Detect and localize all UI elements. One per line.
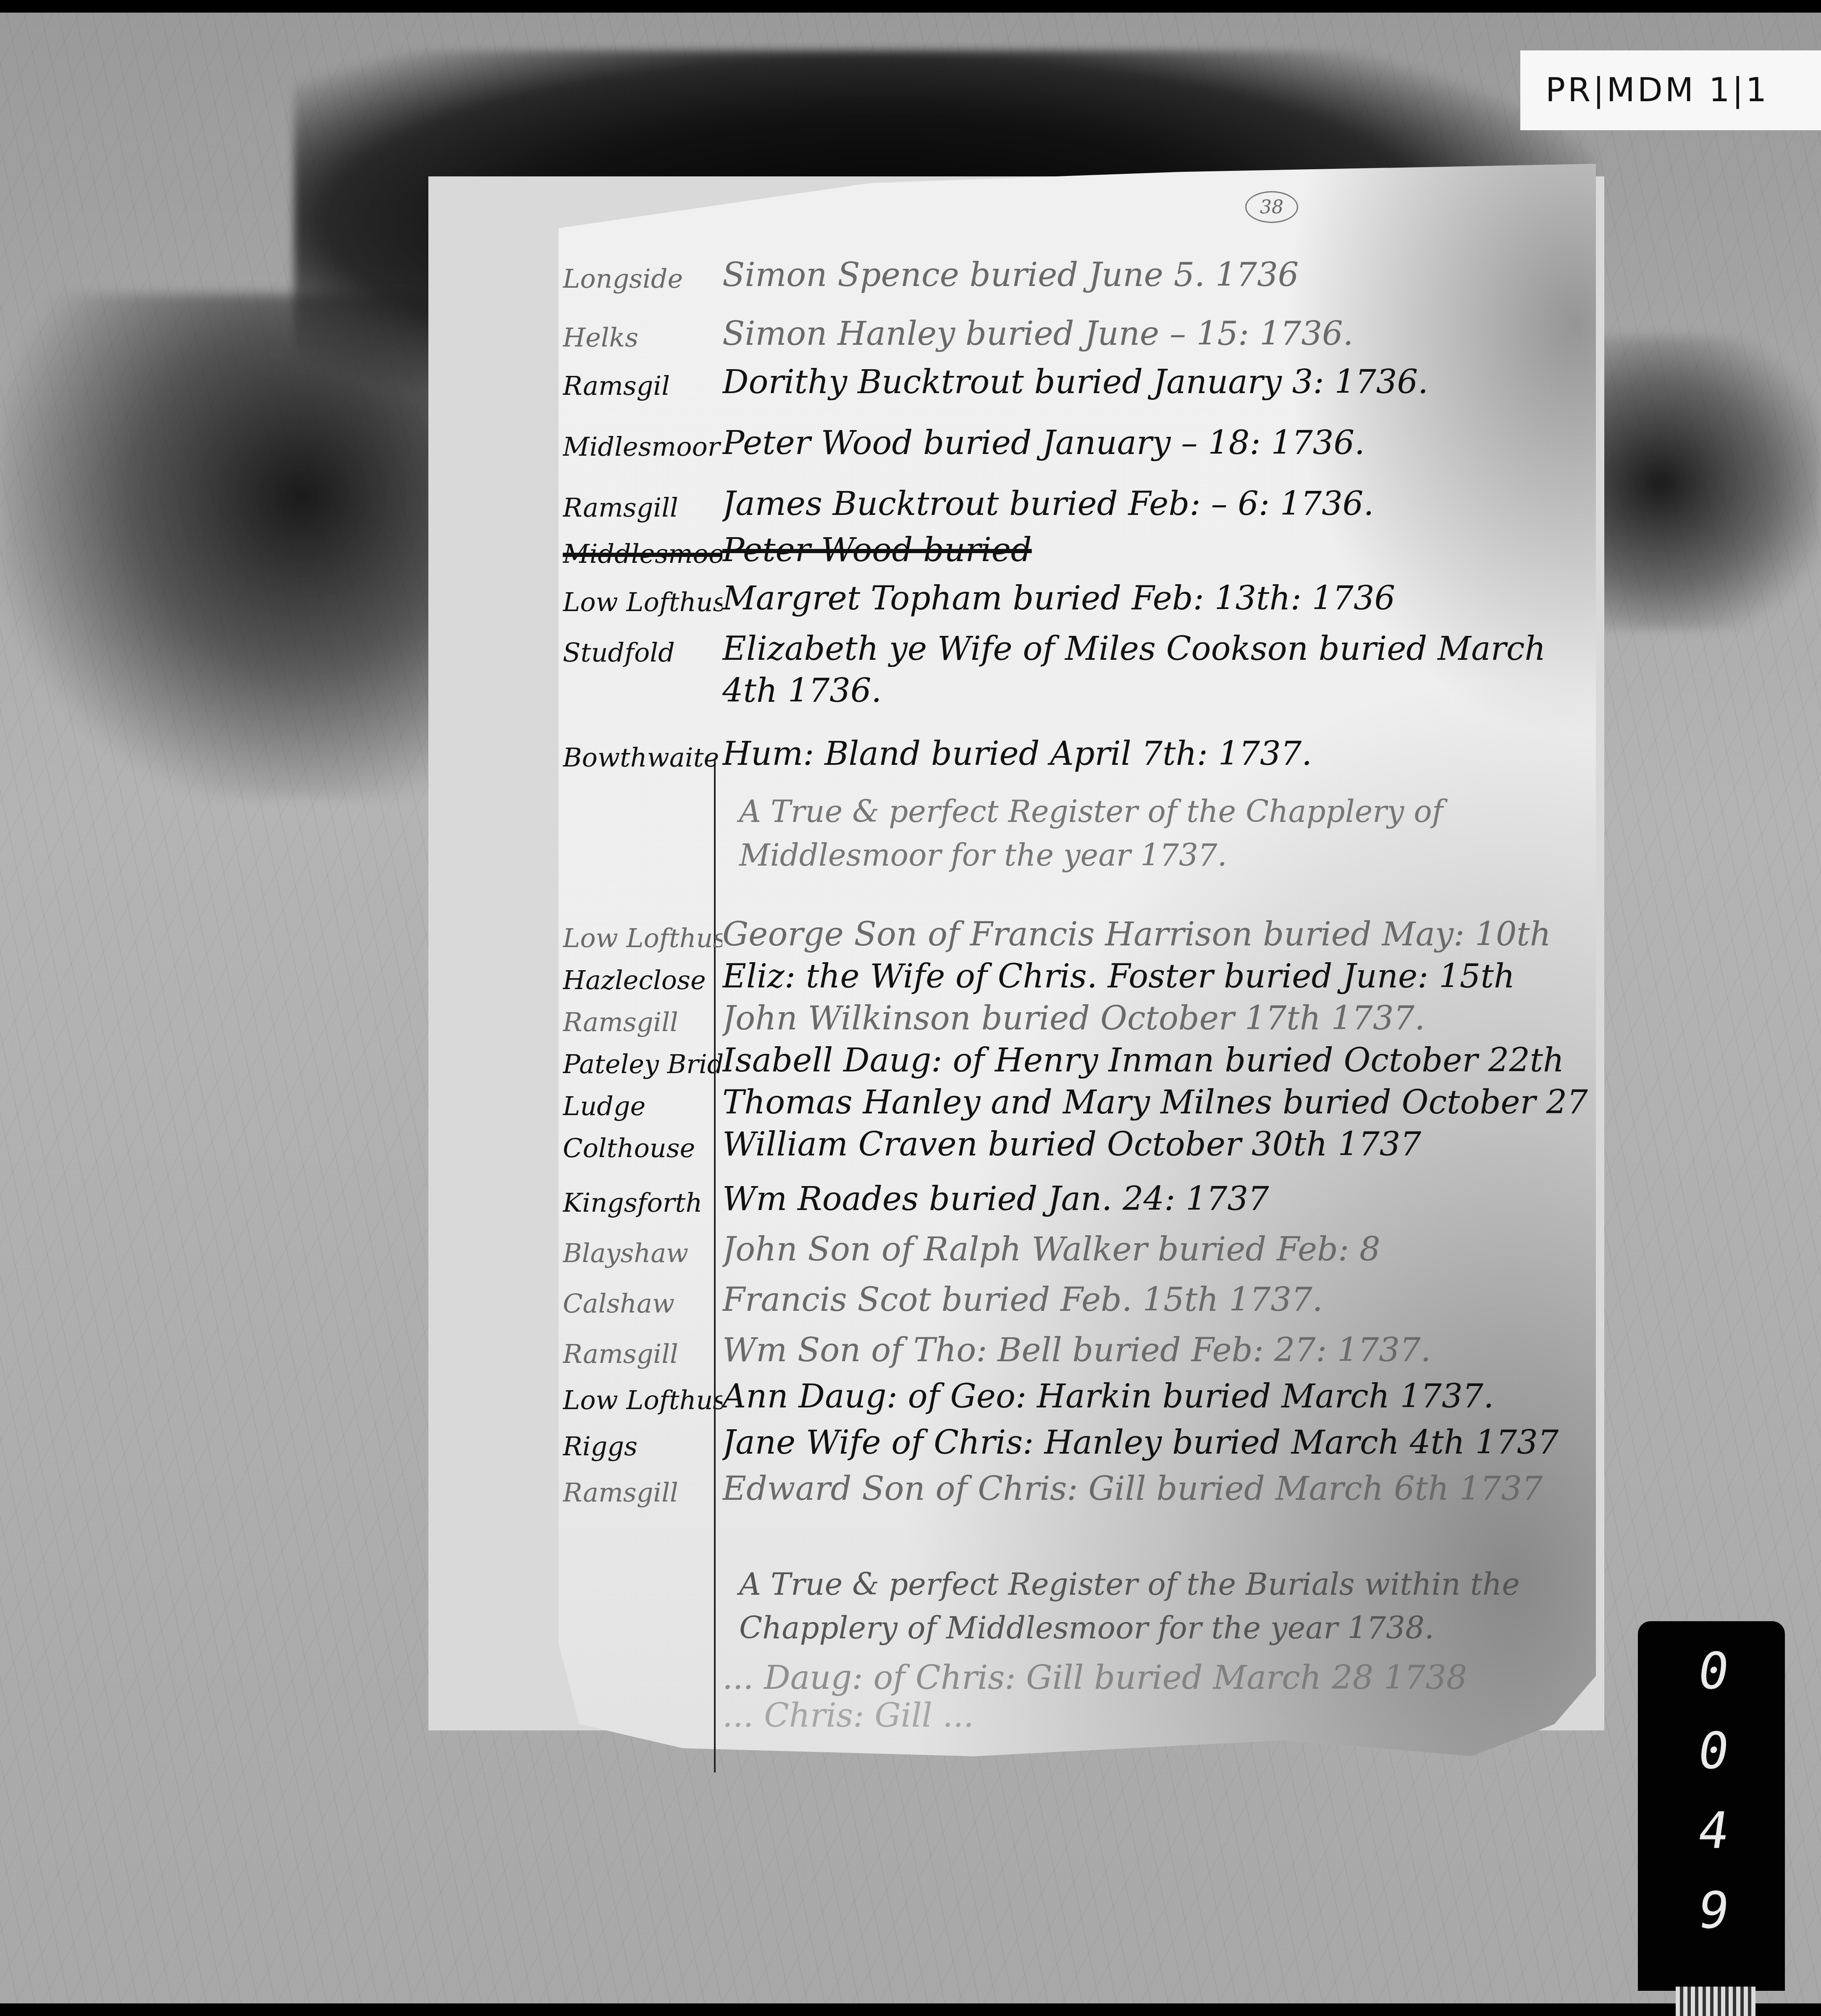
entry-place: Midlesmoor — [563, 431, 722, 462]
counter-digit: 4 — [1691, 1806, 1732, 1886]
burial-entry: Blayshaw John Son of Ralph Walker buried… — [563, 1210, 1596, 1268]
counter-digit: 0 — [1691, 1646, 1732, 1726]
register-heading-1738: A True & perfect Register of the Burials… — [739, 1562, 1579, 1650]
entry-place: Longside — [563, 263, 722, 294]
burial-entry: Calshaw Francis Scot buried Feb. 15th 17… — [563, 1260, 1596, 1319]
folio-number: 38 — [1245, 191, 1298, 223]
counter-digit: 0 — [1691, 1726, 1732, 1806]
entry-text: Hum: Bland buried April 7th: 1737. — [722, 735, 1596, 773]
entry-text: 4th 1736. — [722, 672, 1596, 710]
burial-entry: Ramsgil Dorithy Bucktrout buried January… — [563, 342, 1596, 401]
heading-line: Middlesmoor for the year 1737. — [739, 833, 1579, 877]
archive-reference-label: PR|MDM 1|1 — [1520, 50, 1821, 130]
entry-place: Ramsgil — [563, 370, 722, 401]
burial-entry: Kingsforth Wm Roades buried Jan. 24: 173… — [563, 1159, 1596, 1218]
entry-text: William Craven buried October 30th 1737 — [722, 1126, 1596, 1163]
register-heading-1737: A True & perfect Register of the Chapple… — [739, 790, 1579, 877]
burial-entry: Bowthwaite Hum: Bland buried April 7th: … — [563, 714, 1596, 773]
burial-entry-continuation: 4th 1736. — [563, 651, 1596, 710]
burial-entry: Low Lofthus Margret Topham buried Feb: 1… — [563, 559, 1596, 617]
heading-line: A True & perfect Register of the Burials… — [739, 1562, 1579, 1606]
archive-reference-text: PR|MDM 1|1 — [1545, 71, 1769, 109]
entry-text: Dorithy Bucktrout buried January 3: 1736… — [722, 363, 1596, 401]
entry-text: Edward Son of Chris: Gill buried March 6… — [722, 1470, 1596, 1508]
entry-text: Simon Spence buried June 5. 1736 — [722, 256, 1596, 294]
frame-counter: 0 0 4 9 — [1638, 1621, 1785, 1991]
burial-entry: Midlesmoor Peter Wood buried January – 1… — [563, 403, 1596, 462]
entry-place: Bowthwaite — [563, 742, 722, 773]
burial-entry: Longside Simon Spence buried June 5. 173… — [563, 235, 1596, 294]
counter-digit: 9 — [1691, 1886, 1732, 1966]
entry-text: ... Chris: Gill ... — [722, 1697, 1596, 1735]
heading-line: A True & perfect Register of the Chapple… — [739, 790, 1579, 833]
burial-entry: ... Chris: Gill ... — [563, 1676, 1596, 1735]
burial-entry: Ramsgill Edward Son of Chris: Gill burie… — [563, 1449, 1596, 1508]
entry-text: Peter Wood buried January – 18: 1736. — [722, 424, 1596, 462]
counter-ribbon-cable — [1676, 1987, 1755, 2016]
entry-place: Ramsgill — [563, 1477, 722, 1508]
burial-entry: Colthouse William Craven buried October … — [563, 1105, 1596, 1163]
